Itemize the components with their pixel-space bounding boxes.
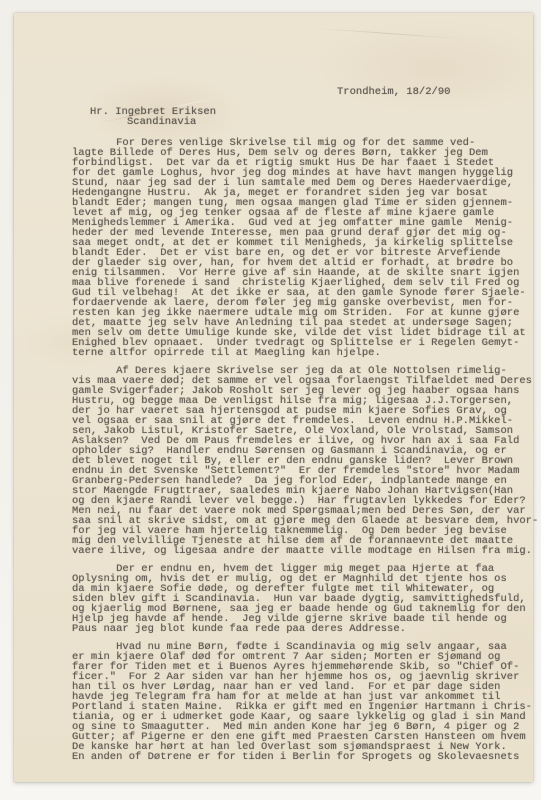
paragraph: Af Deres kjaere Skrivelse ser jeg da at … (72, 366, 533, 556)
text-line: En anden of Døtrene er for tiden i Berli… (72, 752, 533, 762)
paragraph: Der er endnu en, hvem det ligger mig meg… (72, 564, 533, 634)
scanned-letter-screenshot: { "colors": { "paper": "#ebe3d0", "ink":… (0, 0, 541, 800)
date-line: Trondheim, 18/2/90 (337, 87, 533, 97)
letter-body: For Deres venlige Skrivelse til mig og f… (72, 138, 533, 762)
text-line: terne altfor opirrede til at Maegling ka… (72, 348, 533, 358)
paper-crease (314, 28, 464, 39)
letter-page: Trondheim, 18/2/90 Hr. Ingebret Eriksen … (14, 13, 533, 782)
text-line: vaere ilive, og ligesaa andre der maatte… (72, 546, 533, 556)
paragraph: For Deres venlige Skrivelse til mig og f… (72, 138, 533, 358)
paragraph: Hvad nu mine Børn, fødte i Scandinavia o… (72, 642, 533, 762)
text-line: Paus naar jeg blot kunde faa rede paa de… (72, 624, 533, 634)
recipient-city: Scandinavia (127, 117, 533, 127)
